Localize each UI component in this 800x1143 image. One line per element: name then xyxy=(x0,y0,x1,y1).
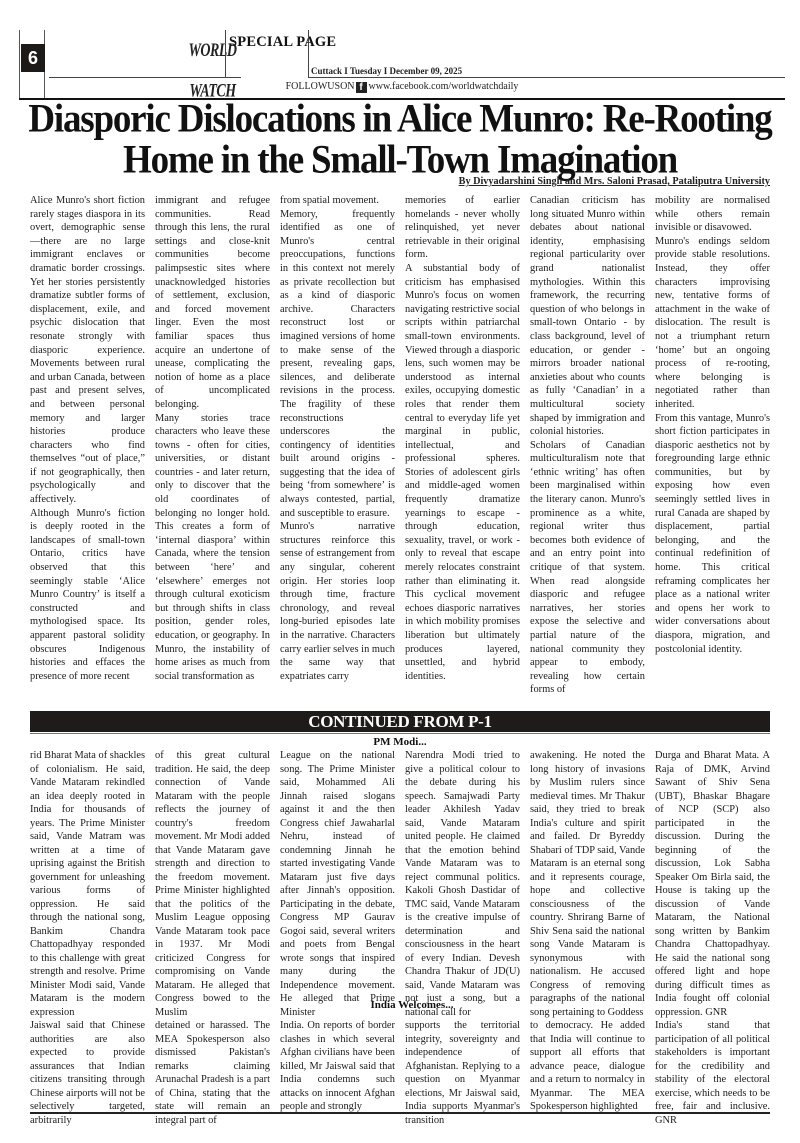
paragraph: Although Munro's fiction is deeply roote… xyxy=(30,507,145,684)
feature-article-body: Alice Munro's short fiction rarely stage… xyxy=(30,194,770,704)
masthead-divider xyxy=(308,30,309,78)
paragraph: immigrant and refugee communities. Read … xyxy=(155,194,270,412)
article-column-1: Alice Munro's short fiction rarely stage… xyxy=(30,194,145,704)
india-welcomes-subhead: India Welcomes... xyxy=(12,999,800,1011)
continued-banner: CONTINUED FROM P-1 xyxy=(30,711,770,732)
continued-rule xyxy=(30,733,770,734)
paragraph: Munro's endings seldom provide stable re… xyxy=(655,235,770,412)
paragraph: Munro's narrative structures reinforce t… xyxy=(280,520,395,683)
news-column: awakening. He noted the long history of … xyxy=(530,749,645,999)
news-column: Durga and Bharat Mata. A Raja of DMK, Ar… xyxy=(655,749,770,999)
paragraph: from spatial movement. xyxy=(280,194,395,208)
article-column-2: immigrant and refugee communities. Read … xyxy=(155,194,270,704)
paragraph: From this vantage, Munro's short fiction… xyxy=(655,412,770,657)
paragraph: Alice Munro's short fiction rarely stage… xyxy=(30,194,145,507)
paragraph: Scholars of Canadian multiculturalism no… xyxy=(530,439,645,697)
page-bottom-rule xyxy=(30,1112,770,1114)
masthead-divider xyxy=(225,30,226,78)
news-column: Narendra Modi tried to give a political … xyxy=(405,749,520,999)
section-label: SPECIAL PAGE xyxy=(229,34,336,51)
headline-line-2: Home in the Small-Town Imagination xyxy=(0,140,800,181)
article-column-5: Canadian criticism has long situated Mun… xyxy=(530,194,645,704)
follow-us-label: FOLLOWUSON xyxy=(286,81,355,92)
follow-us-line: FOLLOWUSONfwww.facebook.com/worldwatchda… xyxy=(19,81,785,93)
page-number: 6 xyxy=(21,44,45,72)
headline-line-1: Diasporic Dislocations in Alice Munro: R… xyxy=(0,99,800,140)
article-column-4: memories of earlier homelands - never wh… xyxy=(405,194,520,704)
article-headline: Diasporic Dislocations in Alice Munro: R… xyxy=(0,99,800,181)
article-column-3: from spatial movement. Memory, frequentl… xyxy=(280,194,395,704)
dateline: Cuttack I Tuesday I December 09, 2025 xyxy=(311,66,462,76)
facebook-icon[interactable]: f xyxy=(356,82,367,93)
paragraph: mobility are normalised while others rem… xyxy=(655,194,770,235)
paragraph: Memory, frequently identified as one of … xyxy=(280,208,395,521)
facebook-link[interactable]: www.facebook.com/worldwatchdaily xyxy=(369,81,519,92)
paragraph: Canadian criticism has long situated Mun… xyxy=(530,194,645,439)
masthead-rule-right xyxy=(309,77,785,78)
paragraph: A substantial body of criticism has emph… xyxy=(405,262,520,683)
news-column: of this great cultural tradition. He sai… xyxy=(155,749,270,999)
masthead: 6 WORLD WATCH SPECIAL PAGE Cuttack I Tue… xyxy=(19,30,785,100)
article-column-6: mobility are normalised while others rem… xyxy=(655,194,770,704)
paragraph: memories of earlier homelands - never wh… xyxy=(405,194,520,262)
paragraph: Many stories trace characters who leave … xyxy=(155,412,270,684)
pm-modi-story: rid Bharat Mata of shackles of coloniali… xyxy=(30,749,770,999)
pm-modi-subhead: PM Modi... xyxy=(0,736,800,748)
news-column: League on the national song. The Prime M… xyxy=(280,749,395,999)
news-column: rid Bharat Mata of shackles of coloniali… xyxy=(30,749,145,999)
byline: By Divyadarshini Singh and Mrs. Saloni P… xyxy=(459,176,770,187)
